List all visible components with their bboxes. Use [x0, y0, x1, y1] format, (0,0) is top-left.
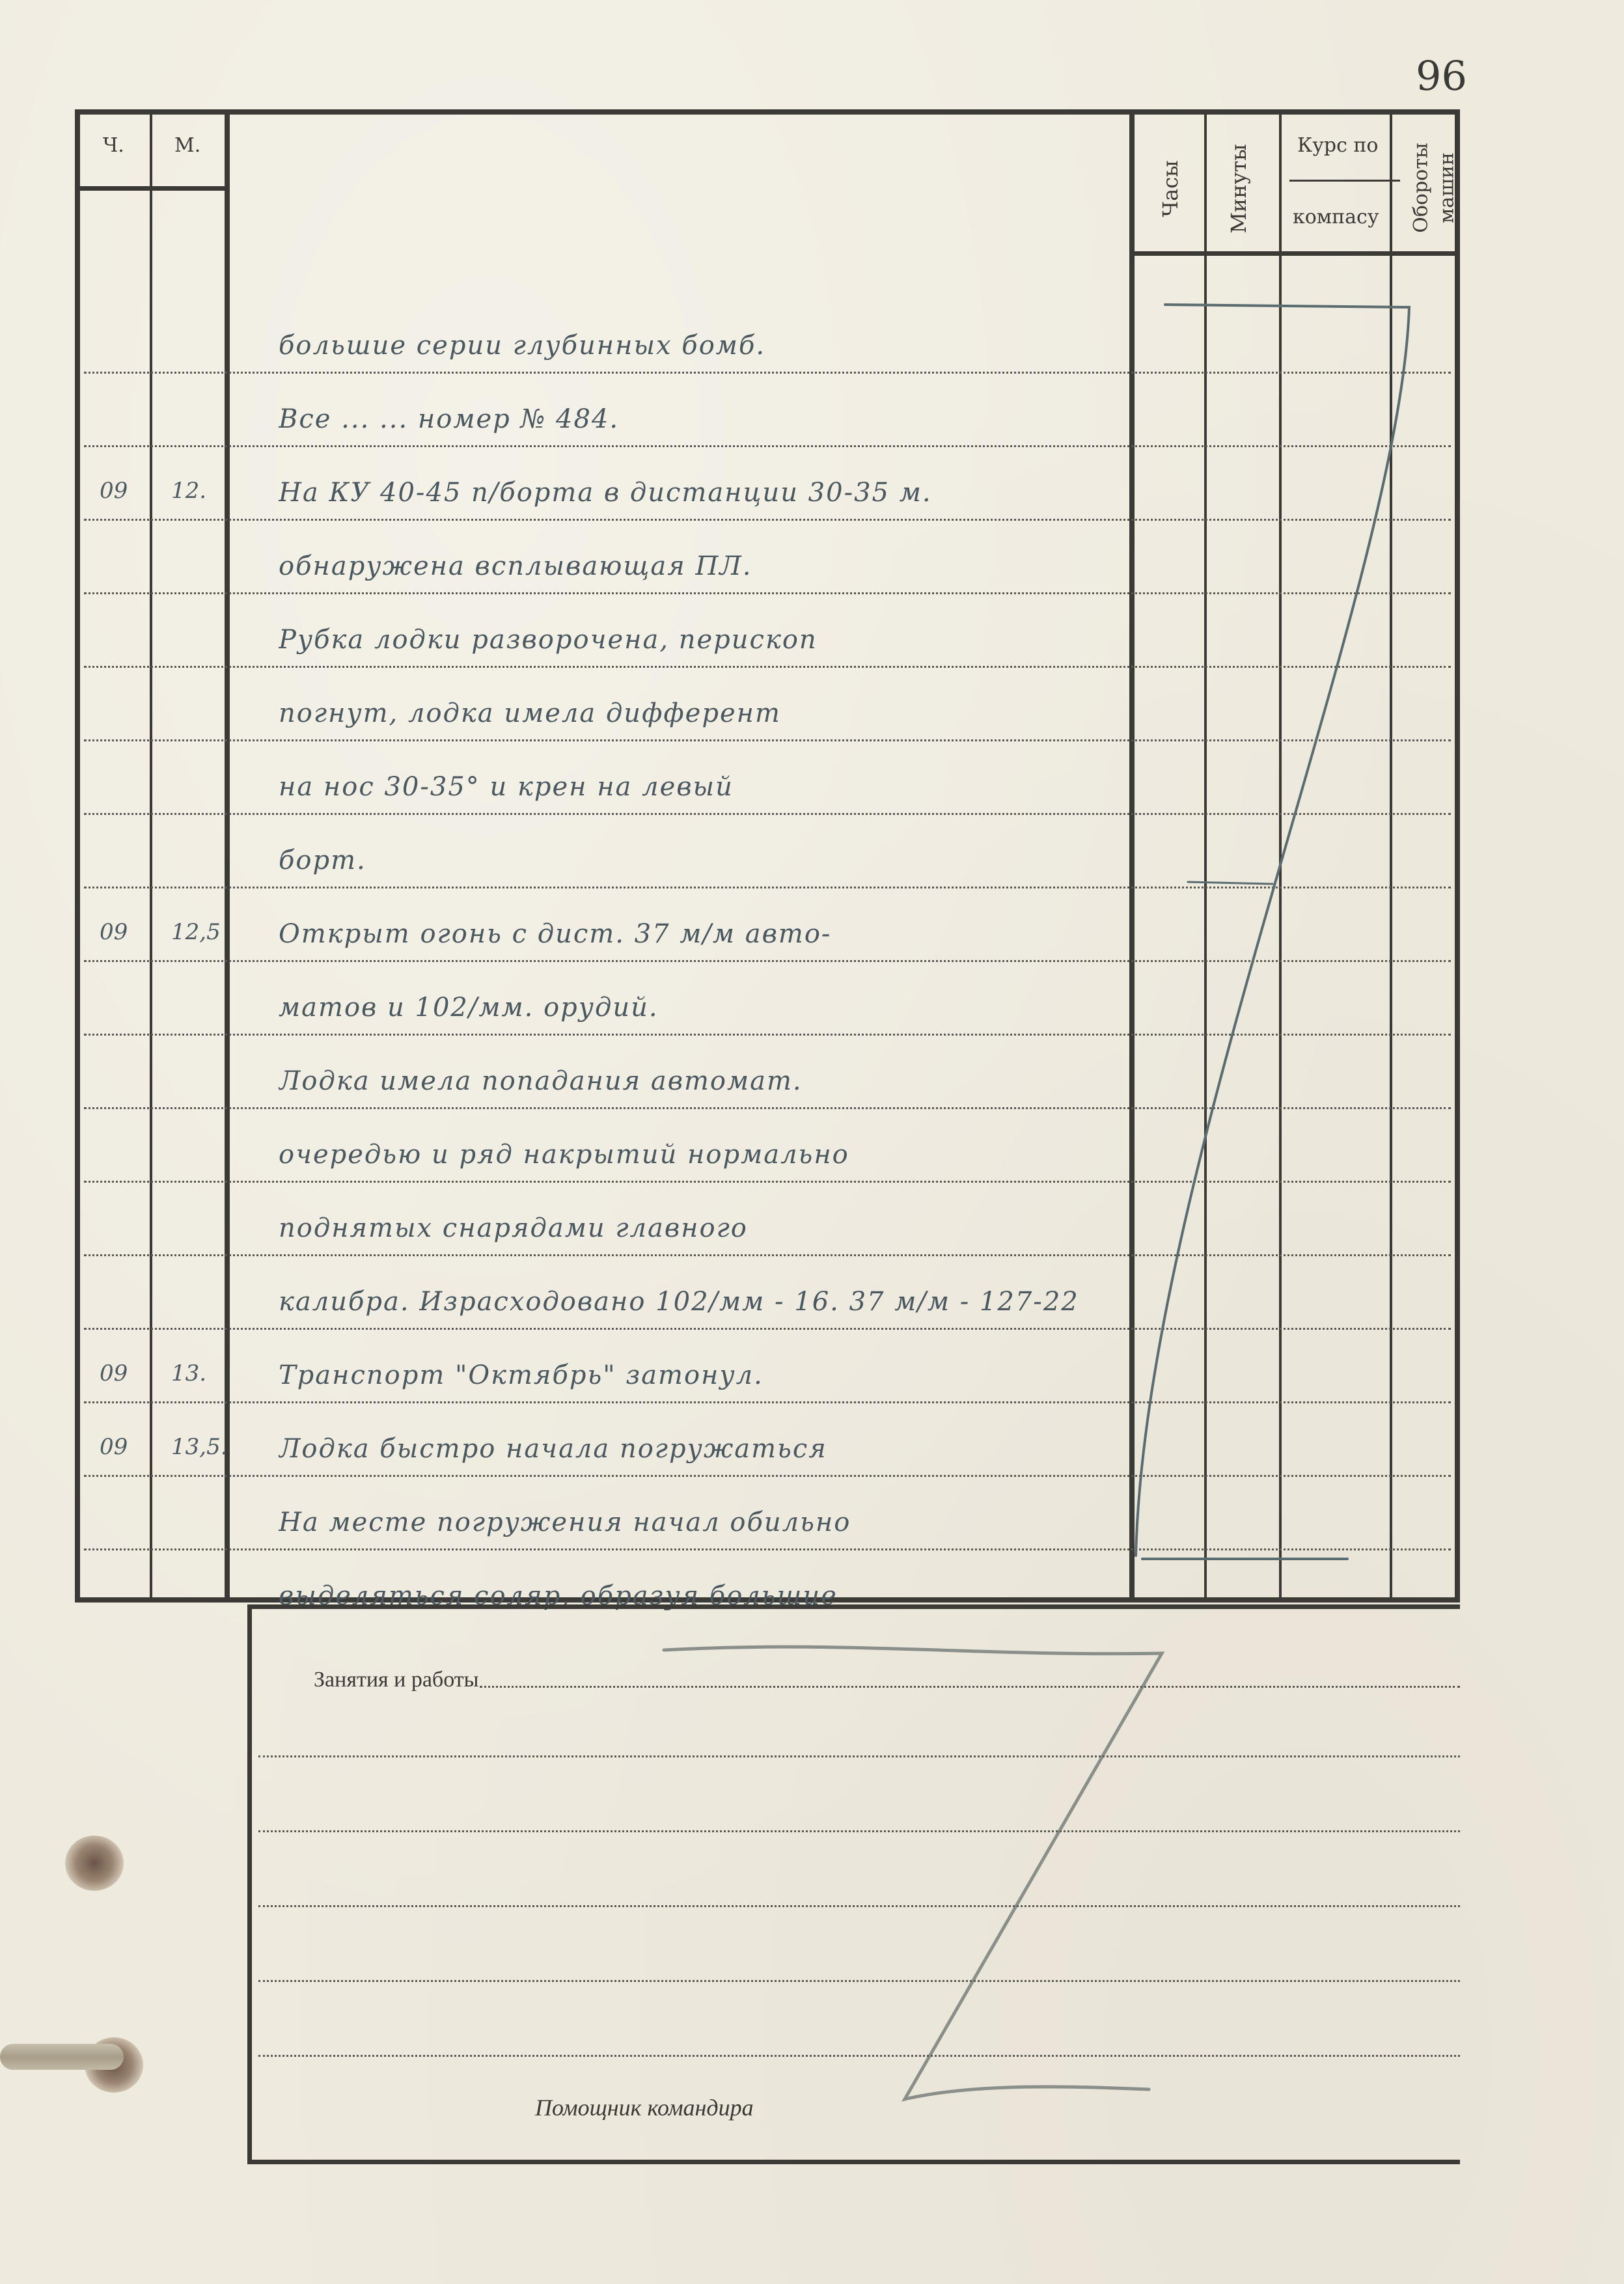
signature-label: Помощник командира — [535, 2094, 754, 2121]
activities-line — [258, 1905, 1460, 1907]
activities-line — [480, 1686, 1460, 1688]
activities-label: Занятия и работы — [314, 1668, 479, 1692]
activities-line — [258, 2055, 1460, 2057]
activities-line — [258, 1755, 1460, 1757]
right-column-z-stroke — [1136, 305, 1409, 1556]
activities-line — [258, 1980, 1460, 1982]
activities-section: Занятия и работы Помощник командира — [247, 1604, 1460, 2164]
activities-line — [258, 1830, 1460, 1832]
